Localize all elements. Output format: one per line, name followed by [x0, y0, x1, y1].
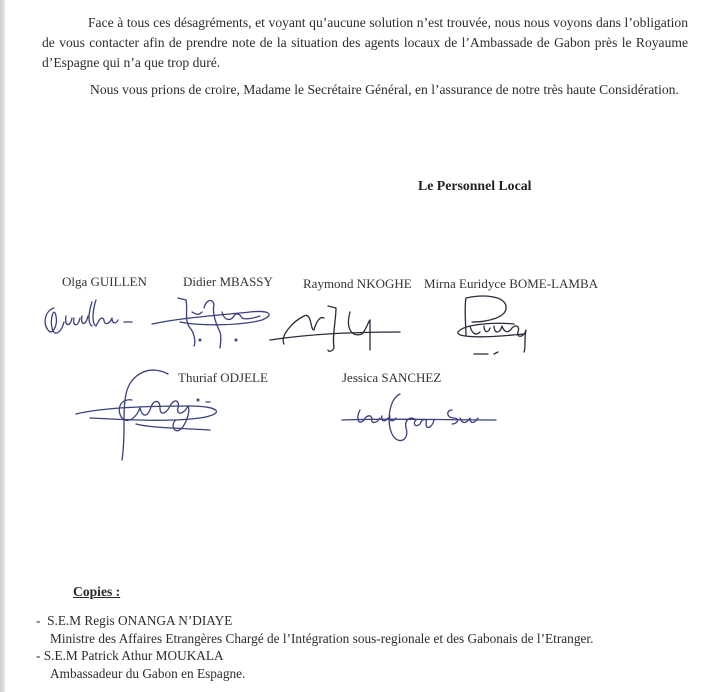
- copy-recipient-line: - S.E.M Regis ONANGA N’DIAYE: [36, 612, 593, 630]
- copy-recipient-name: S.E.M Patrick Athur MOUKALA: [44, 648, 224, 663]
- paragraph-salutation: Nous vous prions de croire, Madame le Se…: [90, 80, 690, 100]
- copy-recipient-item: - S.E.M Regis ONANGA N’DIAYE Ministre de…: [36, 612, 593, 647]
- copy-recipient-name: S.E.M Regis ONANGA N’DIAYE: [47, 613, 232, 628]
- signatory-name-olga-guillen: Olga GUILLEN: [62, 274, 147, 290]
- signature-mirna-bome-lamba: [454, 292, 564, 362]
- copy-recipient-line: - S.E.M Patrick Athur MOUKALA: [36, 647, 593, 665]
- signature-olga-guillen: [40, 296, 150, 346]
- signature-raymond-nkoghe: [270, 296, 410, 356]
- copies-heading: Copies :: [73, 584, 120, 600]
- paragraph-body: Face à tous ces désagréments, et voyant …: [42, 13, 688, 73]
- copy-recipient-item: - S.E.M Patrick Athur MOUKALA Ambassadeu…: [36, 647, 593, 682]
- copy-recipient-role: Ministre des Affaires Etrangères Chargé …: [36, 630, 593, 648]
- signatory-name-mirna-bome-lamba: Mirna Euridyce BOME-LAMBA: [424, 276, 598, 292]
- signatory-name-jessica-sanchez: Jessica SANCHEZ: [342, 370, 441, 386]
- signatory-name-didier-mbassy: Didier MBASSY: [183, 274, 273, 290]
- list-bullet: -: [36, 648, 40, 663]
- signatory-name-raymond-nkoghe: Raymond NKOGHE: [303, 276, 412, 292]
- signature-thuriaf-odjele: [70, 364, 240, 474]
- copy-recipient-role: Ambassadeur du Gabon en Espagne.: [36, 665, 593, 683]
- signature-didier-mbassy: [150, 290, 280, 350]
- paragraph-body-text: Face à tous ces désagréments, et voyant …: [42, 15, 688, 70]
- copies-list: - S.E.M Regis ONANGA N’DIAYE Ministre de…: [36, 612, 593, 682]
- signature-jessica-sanchez: [340, 390, 500, 450]
- closing-signature-block: Le Personnel Local: [418, 178, 531, 194]
- letter-page: Face à tous ces désagréments, et voyant …: [0, 0, 720, 692]
- list-bullet: -: [36, 613, 40, 628]
